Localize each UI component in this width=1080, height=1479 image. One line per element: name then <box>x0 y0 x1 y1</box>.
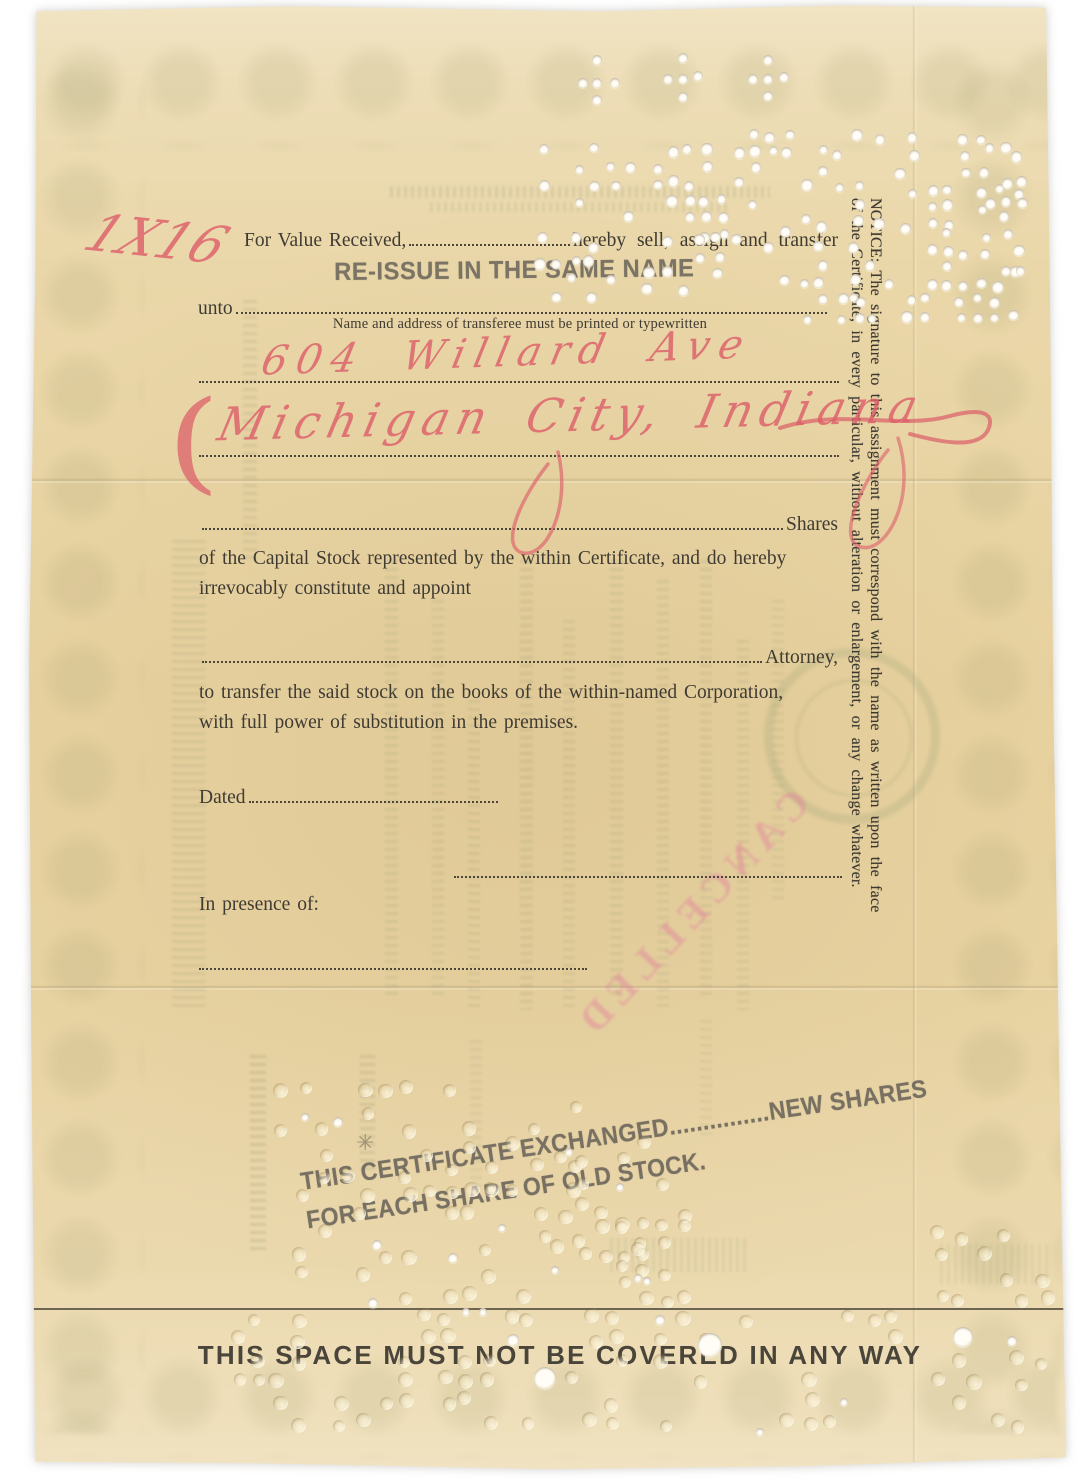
punch-hole <box>901 311 912 322</box>
emboss-dot <box>445 1164 457 1176</box>
emboss-dot <box>401 1250 416 1265</box>
emboss-dot <box>1011 1420 1024 1433</box>
punch-hole <box>980 249 990 259</box>
emboss-dot <box>481 1269 496 1284</box>
punch-hole <box>1008 310 1019 321</box>
emboss-dot <box>1009 1350 1024 1365</box>
punch-hole <box>990 313 999 322</box>
punch-hole <box>641 283 652 294</box>
punch-hole <box>701 211 712 222</box>
emboss-dot <box>360 1188 375 1203</box>
punch-hole <box>953 1327 973 1347</box>
punch-hole <box>756 1428 764 1436</box>
punch-hole <box>592 55 602 65</box>
punch-hole <box>958 281 968 291</box>
punch-hole <box>999 211 1009 221</box>
emboss-dot <box>615 1221 628 1234</box>
emboss-dot <box>274 1124 287 1137</box>
punch-hole <box>954 297 964 307</box>
notice-vertical-text: NOTICE: The signature to this assignment… <box>884 198 1080 235</box>
emboss-dot <box>290 1335 305 1350</box>
emboss-dot <box>421 1329 436 1344</box>
scanned-certificate-back: CANCELLED 1X16 For Value Received, hereb… <box>0 0 1080 1479</box>
punch-hole <box>715 252 725 262</box>
dotted-leader <box>202 661 762 663</box>
emboss-dot <box>570 1101 582 1113</box>
emboss-dot <box>739 1315 753 1329</box>
emboss-dot <box>460 1205 475 1220</box>
emboss-dot <box>437 1313 450 1326</box>
punch-hole <box>698 1333 722 1357</box>
emboss-dot <box>300 1082 312 1094</box>
punch-hole <box>575 165 584 174</box>
emboss-dot <box>443 1084 456 1097</box>
emboss-dot <box>483 1354 496 1367</box>
punch-hole <box>301 1113 309 1121</box>
punch-hole <box>875 134 886 145</box>
emboss-dot <box>248 1314 260 1326</box>
punch-hole <box>769 146 778 155</box>
punch-hole <box>695 253 705 263</box>
punch-hole <box>976 187 987 198</box>
punch-hole <box>856 297 866 307</box>
emboss-dot <box>565 1371 579 1385</box>
emboss-dot <box>660 1420 672 1432</box>
punch-hole <box>803 315 812 324</box>
emboss-dot <box>356 1267 371 1282</box>
punch-hole <box>507 1334 519 1346</box>
emboss-dot <box>884 1310 898 1324</box>
punch-hole <box>763 91 773 101</box>
emboss-dot <box>952 1395 967 1410</box>
emboss-dot <box>694 1375 707 1388</box>
punch-hole <box>920 312 930 322</box>
punch-hole <box>693 71 703 81</box>
emboss-dot <box>605 1311 620 1326</box>
punch-hole <box>748 200 757 209</box>
emboss-dot <box>340 1168 355 1183</box>
emboss-dot <box>356 1413 371 1428</box>
emboss-dot <box>539 1230 552 1243</box>
punch-hole <box>539 180 550 191</box>
dated-label: Dated <box>199 783 246 813</box>
punch-hole <box>813 241 824 252</box>
punch-hole <box>853 215 864 226</box>
handwriting-flourish <box>480 390 1010 610</box>
punch-hole <box>588 242 599 253</box>
punch-hole <box>655 1315 665 1325</box>
emboss-dot <box>353 1207 366 1220</box>
punch-hole <box>678 53 688 63</box>
punch-hole <box>973 313 983 323</box>
punch-hole <box>551 259 561 269</box>
punch-hole <box>941 280 952 291</box>
punch-hole <box>838 293 849 304</box>
emboss-dot <box>462 1121 476 1135</box>
emboss-dot <box>868 1314 881 1327</box>
punch-hole <box>835 183 844 192</box>
punch-hole <box>606 162 615 171</box>
punch-hole <box>942 185 952 195</box>
emboss-dot <box>234 1373 247 1386</box>
punch-hole <box>749 129 759 139</box>
showthrough-stripe <box>390 186 770 198</box>
emboss-dot <box>379 1251 392 1264</box>
emboss-dot <box>398 1372 413 1387</box>
emboss-dot <box>966 1374 982 1390</box>
punch-hole <box>685 195 696 206</box>
punch-hole <box>592 95 602 105</box>
emboss-dot <box>399 1292 412 1305</box>
emboss-dot <box>315 1122 329 1136</box>
punch-hole <box>992 281 1004 293</box>
punch-hole <box>634 1274 642 1282</box>
punch-hole <box>976 135 986 145</box>
punch-hole <box>712 268 722 278</box>
emboss-dot <box>273 1396 288 1411</box>
punch-hole <box>567 273 576 282</box>
attorney-label: Attorney, <box>765 643 838 673</box>
emboss-dot <box>505 1136 520 1151</box>
emboss-dot <box>801 1372 817 1388</box>
emboss-dot <box>575 1197 589 1211</box>
emboss-dot <box>595 1219 610 1234</box>
punch-hole <box>818 260 828 270</box>
punch-hole <box>589 181 600 192</box>
emboss-dot <box>464 1182 479 1197</box>
emboss-dot <box>534 1207 548 1221</box>
emboss-dot <box>841 1310 853 1322</box>
punch-hole <box>666 195 677 206</box>
emboss-dot <box>457 1391 471 1405</box>
punch-hole <box>801 214 811 224</box>
reissue-stamp: RE-ISSUE IN THE SAME NAME <box>334 254 695 287</box>
punch-hole <box>551 1266 559 1274</box>
emboss-dot <box>402 1124 417 1139</box>
punch-hole <box>611 181 621 191</box>
emboss-dot <box>550 1239 565 1254</box>
showthrough-stripe <box>468 700 480 1010</box>
punch-hole <box>942 199 953 210</box>
punch-hole <box>816 221 827 232</box>
dotted-leader <box>409 244 570 246</box>
emboss-dot <box>440 1328 456 1344</box>
transfer-text: to transfer the said stock on the books … <box>199 678 859 708</box>
punch-hole <box>943 246 954 257</box>
punch-hole <box>462 1308 470 1316</box>
emboss-dot <box>295 1266 308 1279</box>
punch-hole <box>534 1367 556 1389</box>
punch-hole <box>785 130 794 139</box>
emboss-dot <box>655 1219 667 1231</box>
emboss-dot <box>1000 1273 1014 1287</box>
punch-hole <box>957 134 968 145</box>
punch-hole <box>653 180 662 189</box>
emboss-dot <box>1015 1294 1029 1308</box>
emboss-dot <box>656 1178 669 1191</box>
punch-hole <box>720 229 729 238</box>
emboss-dot <box>577 1177 589 1189</box>
punch-hole <box>894 168 905 179</box>
showthrough-stripe <box>250 1055 266 1255</box>
punch-hole <box>1016 176 1027 187</box>
emboss-dot <box>678 1219 691 1232</box>
punch-hole <box>818 166 829 177</box>
punch-hole <box>678 74 688 84</box>
emboss-dot <box>631 1242 645 1256</box>
punch-hole <box>701 143 712 154</box>
handwritten-paren: ( <box>167 411 221 471</box>
punch-hole <box>979 167 990 178</box>
punch-hole <box>927 279 938 290</box>
punch-hole <box>779 72 789 82</box>
emboss-dot <box>594 1206 607 1219</box>
punch-hole <box>734 147 745 158</box>
punch-hole <box>694 234 704 244</box>
emboss-dot <box>637 1217 650 1230</box>
punch-hole <box>702 161 713 172</box>
emboss-dot <box>582 1412 597 1427</box>
emboss-dot <box>334 1396 349 1411</box>
emboss-dot <box>463 1141 476 1154</box>
punch-hole <box>539 144 549 154</box>
punch-hole <box>685 212 695 222</box>
punch-hole <box>1016 266 1026 276</box>
emboss-dot <box>480 1372 494 1386</box>
emboss-dot <box>955 1232 969 1246</box>
punch-hole <box>1013 245 1024 256</box>
emboss-dot <box>584 1308 599 1323</box>
punch-hole <box>578 78 588 88</box>
presence-label: In presence of: <box>199 890 319 920</box>
emboss-dot <box>1015 1379 1028 1392</box>
emboss-dot <box>505 1309 520 1324</box>
emboss-dot <box>1035 1274 1050 1289</box>
punch-hole <box>678 285 689 296</box>
punch-hole <box>873 218 884 229</box>
punch-hole <box>985 143 994 152</box>
punch-hole <box>748 74 758 84</box>
punch-hole <box>973 293 982 302</box>
emboss-dot <box>609 1329 624 1344</box>
emboss-dot <box>654 1333 667 1346</box>
punch-hole <box>625 162 636 173</box>
attorney-line: Attorney, <box>199 643 838 673</box>
emboss-dot <box>579 1247 591 1259</box>
punch-hole <box>583 255 594 266</box>
punch-hole <box>682 144 692 154</box>
dated-line: Dated <box>199 783 501 813</box>
emboss-dot <box>398 1171 411 1184</box>
emboss-dot <box>997 1229 1010 1242</box>
punch-hole <box>920 293 930 303</box>
emboss-dot <box>253 1374 265 1386</box>
punch-hole <box>960 151 970 161</box>
punch-hole <box>479 1308 487 1316</box>
punch-hole <box>961 168 971 178</box>
emboss-dot <box>333 1420 345 1432</box>
punch-hole <box>1001 196 1011 206</box>
emboss-dot <box>417 1308 430 1321</box>
emboss-dot <box>619 1276 631 1288</box>
punch-hole <box>643 267 655 279</box>
punch-hole <box>982 233 991 242</box>
punch-hole <box>800 279 809 288</box>
emboss-dot <box>273 1083 288 1098</box>
punch-hole <box>840 1398 848 1406</box>
punch-hole <box>851 129 863 141</box>
punch-hole <box>764 132 775 143</box>
punch-hole <box>832 150 842 160</box>
emboss-dot <box>572 1234 585 1247</box>
punch-hole <box>763 74 773 84</box>
substitution-text: with full power of substitution in the p… <box>199 708 859 738</box>
punch-hole <box>781 147 792 158</box>
punch-hole <box>333 1117 343 1127</box>
punch-hole <box>1017 198 1028 209</box>
emboss-dot <box>616 1354 629 1367</box>
punch-hole <box>819 145 828 154</box>
punch-hole <box>865 260 876 271</box>
dotted-leader <box>249 801 498 803</box>
punch-hole <box>653 164 663 174</box>
emboss-dot <box>443 1289 458 1304</box>
emboss-dot <box>677 1290 692 1305</box>
punch-hole <box>734 177 743 186</box>
emboss-dot <box>399 1080 414 1095</box>
punch-hole <box>718 212 729 223</box>
punch-hole <box>1007 1336 1017 1346</box>
emboss-dot <box>519 1313 533 1327</box>
emboss-dot <box>506 1184 519 1197</box>
punch-hole <box>663 74 673 84</box>
punch-hole <box>643 1277 651 1285</box>
showthrough-stripe <box>172 540 206 1010</box>
emboss-dot <box>804 1417 818 1431</box>
punch-hole <box>855 181 864 190</box>
punch-hole <box>668 175 679 186</box>
emboss-dot <box>637 1135 651 1149</box>
punch-hole <box>1003 229 1014 240</box>
punch-hole <box>1000 142 1012 154</box>
punch-hole <box>534 258 545 269</box>
emboss-dot <box>362 1107 374 1119</box>
showthrough-stripe <box>520 560 533 1010</box>
emboss-dot <box>951 1294 964 1307</box>
punch-hole <box>448 1253 458 1263</box>
emboss-dot <box>484 1416 498 1430</box>
emboss-dot <box>399 1393 414 1408</box>
punch-hole <box>698 196 709 207</box>
emboss-dot <box>292 1247 306 1261</box>
emboss-dot <box>250 1354 264 1368</box>
punch-hole <box>668 146 679 157</box>
showthrough-stripe <box>610 1238 750 1272</box>
punch-hole <box>606 275 616 285</box>
signature-rule <box>454 874 842 878</box>
punch-hole <box>801 179 812 190</box>
punch-hole <box>1001 266 1011 276</box>
emboss-dot <box>937 1290 950 1303</box>
emboss-dot <box>952 1353 966 1367</box>
witness-rule <box>199 966 587 970</box>
emboss-dot <box>805 1392 820 1407</box>
punch-hole <box>368 1298 378 1308</box>
emboss-dot <box>604 1398 618 1412</box>
showthrough-stripe <box>940 1244 1050 1284</box>
punch-hole <box>958 250 968 260</box>
cancelled-stamp-text: CANCELLED <box>564 779 819 1047</box>
punch-hole <box>537 232 548 243</box>
punch-hole <box>909 150 920 161</box>
punch-hole <box>616 1183 624 1191</box>
punch-hole <box>717 194 726 203</box>
emboss-dot <box>1035 1358 1047 1370</box>
emboss-dot <box>380 1397 393 1410</box>
emboss-dot <box>438 1370 453 1385</box>
bottom-rule <box>18 1308 1064 1310</box>
punch-hole <box>837 315 846 324</box>
showthrough-stripe <box>385 560 398 1000</box>
dotted-leader <box>236 312 827 314</box>
for-value-prefix: For Value Received, <box>244 226 406 256</box>
emboss-dot <box>479 1244 491 1256</box>
punch-hole <box>907 295 916 304</box>
punch-hole <box>957 313 966 322</box>
punch-hole <box>592 78 602 88</box>
emboss-dot <box>589 1335 603 1349</box>
emboss-dot <box>268 1373 283 1388</box>
paper-sheet: CANCELLED 1X16 For Value Received, hereb… <box>26 4 1068 1472</box>
punch-hole <box>779 275 790 286</box>
emboss-dot <box>318 1172 330 1184</box>
emboss-dot <box>558 1210 573 1225</box>
emboss-dot <box>462 1286 477 1301</box>
emboss-dot <box>991 1413 1005 1427</box>
emboss-dot <box>443 1397 457 1411</box>
punch-hole <box>498 1224 506 1232</box>
emboss-dot <box>530 1158 543 1171</box>
emboss-dot <box>931 1372 945 1386</box>
punch-hole <box>928 185 939 196</box>
emboss-dot <box>1041 1290 1056 1305</box>
handwritten-lot-number: 1X16 <box>74 204 238 276</box>
punch-hole <box>813 277 824 288</box>
footer-warning: THIS SPACE MUST NOT BE COVERED IN ANY WA… <box>160 1340 960 1371</box>
punch-hole <box>884 279 894 289</box>
emboss-dot <box>446 1186 459 1199</box>
emboss-dot <box>599 1250 612 1263</box>
emboss-dot <box>378 1084 392 1098</box>
emboss-dot <box>403 1187 418 1202</box>
cancelled-stamp-showthrough: CANCELLED <box>560 810 840 1010</box>
punch-hole <box>763 55 773 65</box>
punch-hole <box>1011 151 1022 162</box>
emboss-dot <box>458 1355 472 1369</box>
emboss-dot <box>458 1374 473 1389</box>
punch-hole <box>610 78 620 88</box>
emboss-dot <box>935 1248 948 1261</box>
punch-hole <box>623 211 634 222</box>
emboss-dot <box>779 1413 794 1428</box>
emboss-dot <box>675 1311 690 1326</box>
punch-hole <box>927 244 938 255</box>
punch-hole <box>942 228 951 237</box>
punch-hole <box>372 1240 382 1250</box>
punch-hole <box>942 261 952 271</box>
emboss-dot <box>318 1224 332 1238</box>
emboss-dot <box>823 1415 836 1428</box>
